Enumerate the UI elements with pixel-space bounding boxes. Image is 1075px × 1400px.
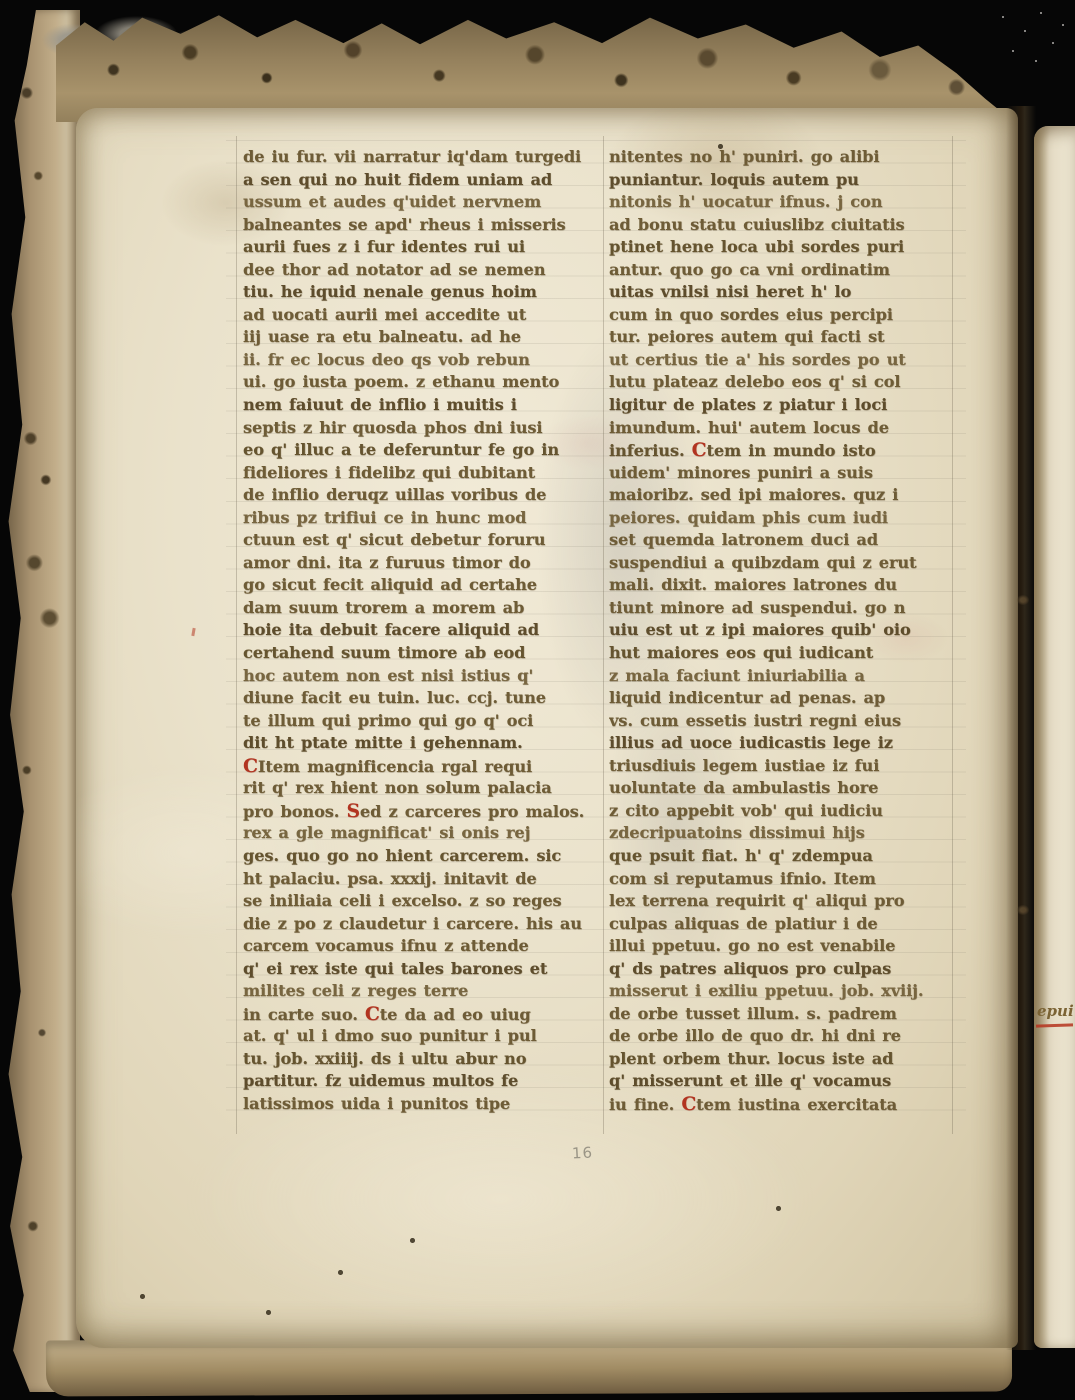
text-column-right: nitentes no h' puniri. go alibipuniantur… (609, 146, 955, 1118)
text-line: tiu. he iquid nenale genus hoim (243, 281, 601, 304)
text-run: iu fine. (609, 1095, 681, 1114)
facing-page-text-fragment: epui (1037, 1002, 1075, 1020)
text-run: liquid indicentur ad penas. ap (609, 688, 885, 707)
text-line: iij uase ra etu balneatu. ad he (243, 326, 601, 349)
text-run: ad uocati aurii mei accedite ut (243, 305, 526, 324)
photo-backdrop: { "manuscript": { "description_label": "… (0, 0, 1075, 1400)
gutter-sewing-knot (1017, 905, 1029, 915)
text-line: ht palaciu. psa. xxxij. initavit de (243, 868, 601, 891)
text-line: vs. cum essetis iustri regni eius (609, 710, 955, 733)
wormhole (338, 1270, 343, 1275)
text-line: dit ht ptate mitte i gehennam. (243, 732, 601, 755)
text-run: plent orbem thur. locus iste ad (609, 1049, 893, 1068)
text-line: q' ei rex iste qui tales barones et (243, 958, 601, 981)
text-run: nitentes no h' puniri. go alibi (609, 147, 879, 166)
text-run: ussum et audes q'uidet nervnem (243, 192, 541, 211)
text-run: ut certius tie a' his sordes po ut (609, 350, 906, 369)
text-run: illui ppetuu. go no est venabile (609, 936, 895, 955)
text-run: milites celi z reges terre (243, 981, 468, 1000)
text-run: vs. cum essetis iustri regni eius (609, 711, 901, 730)
text-run: tiunt minore ad suspendui. go n (609, 598, 905, 617)
text-run: rex a gle magnificat' si onis rej (243, 823, 530, 842)
text-run: misserut i exiliu ppetuu. job. xviij. (609, 981, 923, 1000)
text-run: suspendiui a quibzdam qui z erut (609, 553, 916, 572)
text-line: nem faiuut de inflio i muitis i (243, 394, 601, 417)
manuscript-page: de iu fur. vii narratur iq'dam turgedia … (76, 108, 1018, 1348)
text-run: zdecripuatoins dissimui hijs (609, 823, 865, 842)
text-run: rit q' rex hient non solum palacia (243, 778, 552, 797)
text-run: q' ei rex iste qui tales barones et (243, 959, 547, 978)
text-line: lex terrena requirit q' aliqui pro (609, 890, 955, 913)
text-run: peiores. quidam phis cum iudi (609, 508, 888, 527)
text-line: q' ds patres aliquos pro culpas (609, 958, 955, 981)
text-run: go sicut fecit aliquid ad certahe (243, 575, 537, 594)
red-underline (1036, 1023, 1073, 1027)
text-run: z mala faciunt iniuriabilia a (609, 666, 865, 685)
text-line: ii. fr ec locus deo qs vob rebun (243, 349, 601, 372)
text-line: hoc autem non est nisi istius q' (243, 665, 601, 688)
text-line: de iu fur. vii narratur iq'dam turgedi (243, 146, 601, 169)
text-line: ussum et audes q'uidet nervnem (243, 191, 601, 214)
text-line: go sicut fecit aliquid ad certahe (243, 574, 601, 597)
text-run: a sen qui no huit fidem uniam ad (243, 170, 552, 189)
text-run: ii. fr ec locus deo qs vob rebun (243, 350, 530, 369)
text-run: com si reputamus ifnio. Item (609, 869, 876, 888)
text-run: q' ds patres aliquos pro culpas (609, 959, 891, 978)
text-run: te da ad eo uiug (380, 1005, 531, 1024)
text-line: uidem' minores puniri a suis (609, 462, 955, 485)
text-line: culpas aliquas de platiur i de (609, 913, 955, 936)
text-run: hoie ita debuit facere aliquid ad (243, 620, 539, 639)
text-line: com si reputamus ifnio. Item (609, 868, 955, 891)
text-run: mali. dixit. maiores latrones du (609, 575, 897, 594)
rubric-initial: C (365, 1003, 380, 1025)
text-line: dee thor ad notator ad se nemen (243, 259, 601, 282)
ruling-vertical (603, 136, 604, 1134)
text-line: puniantur. loquis autem pu (609, 169, 955, 192)
text-run: latissimos uida i punitos tipe (243, 1094, 510, 1113)
text-run: uiu est ut z ipi maiores quib' oio (609, 620, 911, 639)
text-line: at. q' ul i dmo suo punitur i pul (243, 1025, 601, 1048)
text-line: de orbe tusset illum. s. padrem (609, 1003, 955, 1026)
text-line: peiores. quidam phis cum iudi (609, 507, 955, 530)
text-line: liquid indicentur ad penas. ap (609, 687, 955, 710)
text-line: ges. quo go no hient carcerem. sic (243, 845, 601, 868)
text-line: eo q' illuc a te deferuntur fe go in (243, 439, 601, 462)
text-run: Item magnificencia rgal requi (258, 757, 532, 776)
text-line: septis z hir quosda phos dni iusi (243, 417, 601, 440)
text-run: triusdiuis legem iustiae iz fui (609, 756, 879, 775)
text-line: ptinet hene loca ubi sordes puri (609, 236, 955, 259)
text-line: pro bonos. Sed z carceres pro malos. (243, 800, 601, 823)
text-run: nitonis h' uocatur ifnus. j con (609, 192, 882, 211)
red-ink-speck (191, 628, 195, 636)
text-line: nitonis h' uocatur ifnus. j con (609, 191, 955, 214)
text-line: uoluntate da ambulastis hore (609, 777, 955, 800)
text-run: in carte suo. (243, 1005, 365, 1024)
text-run: tem in mundo isto (706, 441, 875, 460)
rubric-initial: C (243, 755, 258, 777)
text-line: lutu plateaz delebo eos q' si col (609, 371, 955, 394)
text-line: ligitur de plates z piatur i loci (609, 394, 955, 417)
text-run: cum in quo sordes eius percipi (609, 305, 893, 324)
text-line: illius ad uoce iudicastis lege iz (609, 732, 955, 755)
text-run: tiu. he iquid nenale genus hoim (243, 282, 537, 301)
text-line: de inflio deruqz uillas voribus de (243, 484, 601, 507)
gutter-sewing-knot (1017, 595, 1029, 605)
text-run: pro bonos. (243, 802, 346, 821)
text-run: septis z hir quosda phos dni iusi (243, 418, 542, 437)
text-line: que psuit fiat. h' q' zdempua (609, 845, 955, 868)
text-line: zdecripuatoins dissimui hijs (609, 822, 955, 845)
text-line: tu. job. xxiiij. ds i ultu abur no (243, 1048, 601, 1071)
text-run: illius ad uoce iudicastis lege iz (609, 733, 893, 752)
text-line: cum in quo sordes eius percipi (609, 304, 955, 327)
text-run: uoluntate da ambulastis hore (609, 778, 878, 797)
text-line: de orbe illo de quo dr. hi dni re (609, 1025, 955, 1048)
text-line: diune facit eu tuin. luc. ccj. tune (243, 687, 601, 710)
text-line: plent orbem thur. locus iste ad (609, 1048, 955, 1071)
text-run: inferius. (609, 441, 692, 460)
text-run: tem iustina exercitata (696, 1095, 897, 1114)
text-run: tu. job. xxiiij. ds i ultu abur no (243, 1049, 526, 1068)
dust-speck (1062, 24, 1064, 26)
text-line: ad bonu statu cuiuslibz ciuitatis (609, 214, 955, 237)
rubric-initial: S (346, 800, 359, 822)
text-run: carcem vocamus ifnu z attende (243, 936, 529, 955)
text-run: imundum. hui' autem locus de (609, 418, 889, 437)
text-line: dam suum trorem a morem ab (243, 597, 601, 620)
text-line: milites celi z reges terre (243, 980, 601, 1003)
wormhole (776, 1206, 781, 1211)
text-line: a sen qui no huit fidem uniam ad (243, 169, 601, 192)
text-run: set quemda latronem duci ad (609, 530, 878, 549)
text-line: latissimos uida i punitos tipe (243, 1093, 601, 1116)
text-run: dee thor ad notator ad se nemen (243, 260, 545, 279)
wormhole (266, 1310, 271, 1315)
text-run: die z po z claudetur i carcere. his au (243, 914, 582, 933)
text-run: hoc autem non est nisi istius q' (243, 666, 533, 685)
text-run: diune facit eu tuin. luc. ccj. tune (243, 688, 546, 707)
facing-page-edge: epui (1034, 126, 1075, 1348)
text-line: die z po z claudetur i carcere. his au (243, 913, 601, 936)
text-line: rit q' rex hient non solum palacia (243, 777, 601, 800)
text-column-left: de iu fur. vii narratur iq'dam turgedia … (243, 146, 601, 1118)
text-line: mali. dixit. maiores latrones du (609, 574, 955, 597)
text-run: amor dni. ita z furuus timor do (243, 553, 531, 572)
text-run: de orbe illo de quo dr. hi dni re (609, 1026, 901, 1045)
text-run: certahend suum timore ab eod (243, 643, 525, 662)
ruling-vertical (236, 136, 237, 1134)
gutter-crease (1006, 106, 1036, 1350)
dust-speck (1052, 42, 1054, 44)
dust-speck (1002, 16, 1004, 18)
text-run: partitur. fz uidemus multos fe (243, 1071, 518, 1090)
text-line: te illum qui primo qui go q' oci (243, 710, 601, 733)
text-run: te illum qui primo qui go q' oci (243, 711, 533, 730)
text-line: triusdiuis legem iustiae iz fui (609, 755, 955, 778)
text-line: suspendiui a quibzdam qui z erut (609, 552, 955, 575)
text-run: ad bonu statu cuiuslibz ciuitatis (609, 215, 905, 234)
text-run: hut maiores eos qui iudicant (609, 643, 873, 662)
text-run: at. q' ul i dmo suo punitur i pul (243, 1026, 537, 1045)
text-run: ribus pz trifiui ce in hunc mod (243, 508, 526, 527)
text-line: hut maiores eos qui iudicant (609, 642, 955, 665)
text-line: carcem vocamus ifnu z attende (243, 935, 601, 958)
text-line: amor dni. ita z furuus timor do (243, 552, 601, 575)
text-run: ligitur de plates z piatur i loci (609, 395, 887, 414)
text-run: antur. quo go ca vni ordinatim (609, 260, 890, 279)
text-run: ptinet hene loca ubi sordes puri (609, 237, 904, 256)
text-line: ui. go iusta poem. z ethanu mento (243, 371, 601, 394)
text-run: fideliores i fidelibz qui dubitant (243, 463, 535, 482)
text-run: dit ht ptate mitte i gehennam. (243, 733, 523, 752)
text-run: iij uase ra etu balneatu. ad he (243, 327, 521, 346)
text-run: se iniliaia celi i excelso. z so reges (243, 891, 562, 910)
text-line: ad uocati aurii mei accedite ut (243, 304, 601, 327)
text-line: illui ppetuu. go no est venabile (609, 935, 955, 958)
text-line: imundum. hui' autem locus de (609, 417, 955, 440)
wormhole (140, 1294, 145, 1299)
text-run: que psuit fiat. h' q' zdempua (609, 846, 873, 865)
text-run: maioribz. sed ipi maiores. quz i (609, 485, 898, 504)
text-line: maioribz. sed ipi maiores. quz i (609, 484, 955, 507)
text-run: lutu plateaz delebo eos q' si col (609, 372, 900, 391)
text-line: CItem magnificencia rgal requi (243, 755, 601, 778)
text-run: lex terrena requirit q' aliqui pro (609, 891, 904, 910)
text-line: uitas vnilsi nisi heret h' lo (609, 281, 955, 304)
dust-speck (1024, 30, 1026, 32)
text-line: partitur. fz uidemus multos fe (243, 1070, 601, 1093)
text-run: ui. go iusta poem. z ethanu mento (243, 372, 559, 391)
text-line: hoie ita debuit facere aliquid ad (243, 619, 601, 642)
text-line: ctuun est q' sicut debetur foruru (243, 529, 601, 552)
text-run: ht palaciu. psa. xxxij. initavit de (243, 869, 537, 888)
text-run: uitas vnilsi nisi heret h' lo (609, 282, 851, 301)
text-line: ribus pz trifiui ce in hunc mod (243, 507, 601, 530)
text-run: de iu fur. vii narratur iq'dam turgedi (243, 147, 581, 166)
text-line: fideliores i fidelibz qui dubitant (243, 462, 601, 485)
text-line: in carte suo. Cte da ad eo uiug (243, 1003, 601, 1026)
text-run: culpas aliquas de platiur i de (609, 914, 878, 933)
dust-speck (1035, 60, 1037, 62)
text-line: iu fine. Ctem iustina exercitata (609, 1093, 955, 1116)
text-run: ctuun est q' sicut debetur foruru (243, 530, 545, 549)
text-run: q' misserunt et ille q' vocamus (609, 1071, 891, 1090)
text-line: misserut i exiliu ppetuu. job. xviij. (609, 980, 955, 1003)
text-line: z cito appebit vob' qui iudiciu (609, 800, 955, 823)
text-line: tur. peiores autem qui facti st (609, 326, 955, 349)
text-line: aurii fues z i fur identes rui ui (243, 236, 601, 259)
text-run: eo q' illuc a te deferuntur fe go in (243, 440, 559, 459)
rubric-initial: C (681, 1093, 696, 1115)
folio-number-pencil: 16 (572, 1143, 594, 1162)
rubric-initial: C (692, 439, 707, 461)
text-run: z cito appebit vob' qui iudiciu (609, 801, 883, 820)
wormhole (410, 1238, 415, 1243)
text-line: tiunt minore ad suspendui. go n (609, 597, 955, 620)
dust-speck (1012, 50, 1014, 52)
text-line: nitentes no h' puniri. go alibi (609, 146, 955, 169)
text-line: z mala faciunt iniuriabilia a (609, 665, 955, 688)
text-run: nem faiuut de inflio i muitis i (243, 395, 517, 414)
text-line: uiu est ut z ipi maiores quib' oio (609, 619, 955, 642)
text-run: ges. quo go no hient carcerem. sic (243, 846, 561, 865)
text-line: q' misserunt et ille q' vocamus (609, 1070, 955, 1093)
text-run: ed z carceres pro malos. (360, 802, 584, 821)
text-run: de inflio deruqz uillas voribus de (243, 485, 546, 504)
text-run: dam suum trorem a morem ab (243, 598, 524, 617)
wormhole (718, 144, 723, 149)
text-run: aurii fues z i fur identes rui ui (243, 237, 525, 256)
text-line: certahend suum timore ab eod (243, 642, 601, 665)
text-line: ut certius tie a' his sordes po ut (609, 349, 955, 372)
text-line: rex a gle magnificat' si onis rej (243, 822, 601, 845)
text-line: balneantes se apd' rheus i misseris (243, 214, 601, 237)
text-line: se iniliaia celi i excelso. z so reges (243, 890, 601, 913)
text-line: antur. quo go ca vni ordinatim (609, 259, 955, 282)
text-run: balneantes se apd' rheus i misseris (243, 215, 566, 234)
text-run: tur. peiores autem qui facti st (609, 327, 884, 346)
text-run: de orbe tusset illum. s. padrem (609, 1004, 897, 1023)
text-line: set quemda latronem duci ad (609, 529, 955, 552)
dust-speck (1040, 12, 1042, 14)
text-run: uidem' minores puniri a suis (609, 463, 873, 482)
text-line: inferius. Ctem in mundo isto (609, 439, 955, 462)
text-run: puniantur. loquis autem pu (609, 170, 859, 189)
